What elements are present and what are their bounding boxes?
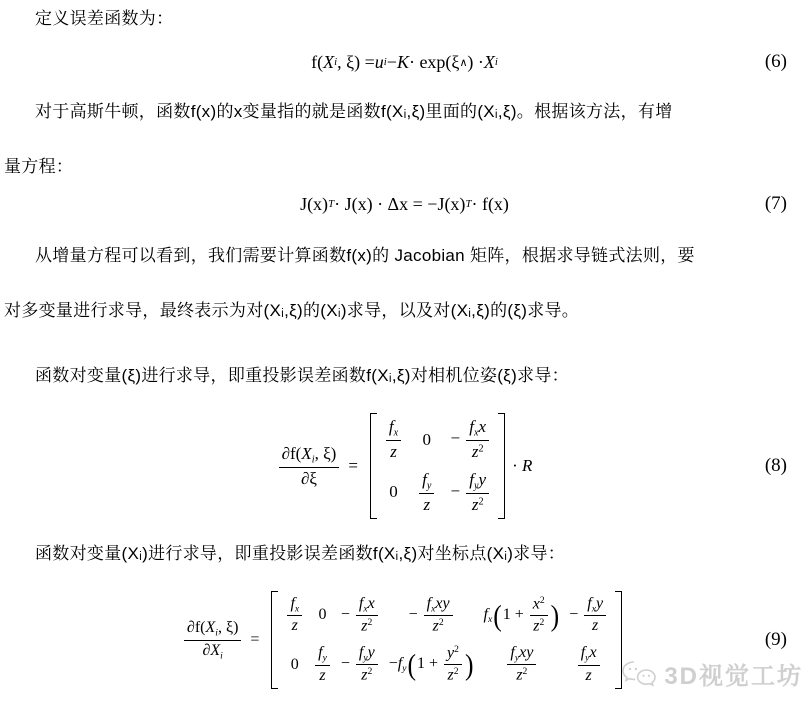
equation-9-lhs-numerator: ∂f(Xi, ξ) bbox=[184, 619, 241, 640]
matrix-cell: 0 bbox=[423, 430, 432, 450]
watermark-label: 3D视觉工坊 bbox=[664, 656, 803, 691]
equation-9-number: (9) bbox=[765, 629, 787, 651]
wechat-icon bbox=[621, 660, 657, 687]
matrix-cell: − fxyz bbox=[569, 595, 608, 636]
matrix-cell: fyz bbox=[417, 470, 436, 515]
equation-6-body: f(Xi, ξ) = ui − K · exp(ξ∧) · Xi bbox=[311, 52, 498, 73]
matrix-cell: fx(1 + x2z2) bbox=[483, 595, 560, 635]
matrix-cell: −fy(1 + y2z2) bbox=[389, 644, 475, 684]
matrix-cell: − fxxyz2 bbox=[409, 595, 455, 636]
equals-sign: = bbox=[250, 631, 259, 649]
paragraph-define-error-function: 定义误差函数为： bbox=[35, 8, 173, 30]
watermark: 3D视觉工坊 bbox=[621, 656, 803, 691]
matrix-cell: − fxxz2 bbox=[341, 595, 380, 636]
matrix-cell: 0 bbox=[319, 606, 327, 624]
equation-7: J(x)T · J(x) · Δx = −J(x)T · f(x) (7) bbox=[0, 186, 809, 222]
equation-9-matrix-grid: fxz 0 − fxxz2 − fxxyz2 fx(1 + x2z2) − fx… bbox=[278, 591, 615, 689]
equals-sign: = bbox=[348, 456, 358, 476]
paragraph-derivative-wrt-point: 函数对变量(Xᵢ)进行求导，即重投影误差函数f(Xᵢ,ξ)对坐标点(Xᵢ)求导： bbox=[35, 543, 565, 565]
equation-8: ∂f(Xi, ξ) ∂ξ = fxz 0 − fxxz2 0 fyz − fyy… bbox=[0, 410, 809, 522]
equation-8-matrix-grid: fxz 0 − fxxz2 0 fyz − fyyz2 bbox=[377, 413, 498, 519]
equation-9-lhs-denominator: ∂Xi bbox=[199, 641, 225, 661]
equation-7-number: (7) bbox=[765, 193, 787, 215]
matrix-cell: − fyyz2 bbox=[341, 644, 380, 685]
matrix-cell: − fxxz2 bbox=[450, 417, 491, 462]
left-bracket bbox=[370, 413, 377, 519]
paragraph-jacobian-line2: 对多变量进行求导，最终表示为对(Xᵢ,ξ)的(Xᵢ)求导，以及对(Xᵢ,ξ)的(… bbox=[4, 300, 579, 322]
equation-8-body: ∂f(Xi, ξ) ∂ξ = fxz 0 − fxxz2 0 fyz − fyy… bbox=[277, 413, 533, 519]
equation-9-lhs-fraction: ∂f(Xi, ξ) ∂Xi bbox=[184, 619, 241, 661]
equation-7-body: J(x)T · J(x) · Δx = −J(x)T · f(x) bbox=[300, 194, 509, 215]
matrix-cell: − fyyz2 bbox=[450, 470, 491, 515]
paragraph-derivative-wrt-pose: 函数对变量(ξ)进行求导，即重投影误差函数f(Xᵢ,ξ)对相机位姿(ξ)求导： bbox=[35, 365, 569, 387]
paragraph-gauss-newton-line1: 对于高斯牛顿，函数f(x)的x变量指的就是函数f(Xᵢ,ξ)里面的(Xᵢ,ξ)。… bbox=[35, 101, 673, 123]
equation-6-number: (6) bbox=[765, 51, 787, 73]
equation-9-body: ∂f(Xi, ξ) ∂Xi = fxz 0 − fxxz2 − fxxyz2 f… bbox=[182, 591, 627, 689]
paragraph-jacobian-line1: 从增量方程可以看到，我们需要计算函数f(x)的 Jacobian 矩阵，根据求导… bbox=[35, 245, 695, 267]
equation-8-lhs-numerator: ∂f(Xi, ξ) bbox=[279, 444, 340, 468]
equation-8-lhs-denominator: ∂ξ bbox=[298, 468, 320, 489]
equation-8-suffix: · R bbox=[512, 456, 532, 476]
matrix-cell: fyz bbox=[313, 644, 332, 685]
matrix-cell: fyxyz2 bbox=[505, 644, 538, 685]
document-page: 定义误差函数为： f(Xi, ξ) = ui − K · exp(ξ∧) · X… bbox=[0, 0, 809, 711]
equation-8-matrix: fxz 0 − fxxz2 0 fyz − fyyz2 bbox=[370, 413, 505, 519]
left-bracket bbox=[271, 591, 278, 689]
equation-8-number: (8) bbox=[765, 455, 787, 477]
right-bracket bbox=[498, 413, 505, 519]
equation-6: f(Xi, ξ) = ui − K · exp(ξ∧) · Xi (6) bbox=[0, 44, 809, 80]
matrix-cell: fxz bbox=[285, 595, 304, 636]
matrix-cell: 0 bbox=[291, 656, 299, 674]
matrix-cell: fxz bbox=[384, 417, 403, 462]
matrix-cell: 0 bbox=[389, 482, 398, 502]
matrix-cell: fyxz bbox=[576, 644, 602, 685]
equation-9-matrix: fxz 0 − fxxz2 − fxxyz2 fx(1 + x2z2) − fx… bbox=[271, 591, 622, 689]
equation-8-lhs-fraction: ∂f(Xi, ξ) ∂ξ bbox=[279, 444, 340, 489]
paragraph-gauss-newton-line2: 量方程： bbox=[4, 156, 73, 178]
